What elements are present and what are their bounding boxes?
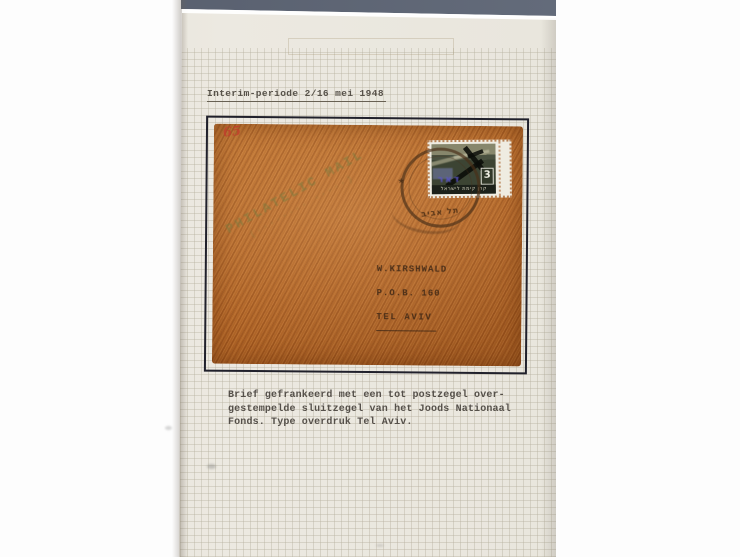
pencil-smudge [165, 426, 172, 430]
envelope: 65 PHILATELIC MAIL (∙∙∙∙∙∙∙∙ ∙∙∙∙∙) W.KI… [212, 124, 523, 367]
selvage-perforation [498, 142, 500, 196]
show-through-outline [288, 38, 454, 55]
circular-postmark: ★ תל אביב [400, 147, 481, 228]
handwritten-exhibit-number: 65 [222, 124, 241, 141]
philatelic-mail-handstamp: PHILATELIC MAIL (∙∙∙∙∙∙∙∙ ∙∙∙∙∙) [223, 124, 420, 249]
addressee-city: TEL AVIV [376, 305, 436, 332]
address-block: W.KIRSHWALD P.O.B. 160 TEL AVIV [376, 257, 447, 332]
caption-line2: gestempelde sluitzegel van het Joods Nat… [228, 403, 511, 417]
handstamp-line2: (∙∙∙∙∙∙∙∙ ∙∙∙∙∙) [248, 137, 420, 240]
page-right-edge-shade [541, 18, 556, 557]
photo-of-album-page: Interim-periode 2/16 mei 1948 65 PHILATE… [0, 0, 740, 557]
mounted-cover-frame: 65 PHILATELIC MAIL (∙∙∙∙∙∙∙∙ ∙∙∙∙∙) W.KI… [204, 116, 529, 375]
pencil-smudge [207, 464, 216, 469]
postmark-extra-arc [389, 192, 464, 239]
handstamp-line1: PHILATELIC MAIL [223, 124, 413, 237]
page-left-edge-shadow [172, 0, 188, 557]
typed-caption: Brief gefrankeerd met een tot postzegel … [228, 389, 511, 430]
caption-line3: Fonds. Type overdruk Tel Aviv. [228, 416, 511, 430]
addressee-name: W.KIRSHWALD [377, 257, 448, 282]
star-icon: ★ [398, 176, 405, 185]
pencil-smudge [376, 544, 384, 547]
page-title: Interim-periode 2/16 mei 1948 [207, 88, 386, 102]
stamp-denomination: 3 [481, 168, 494, 185]
caption-line1: Brief gefrankeerd met een tot postzegel … [228, 389, 511, 403]
addressee-pob: P.O.B. 160 [376, 281, 447, 306]
